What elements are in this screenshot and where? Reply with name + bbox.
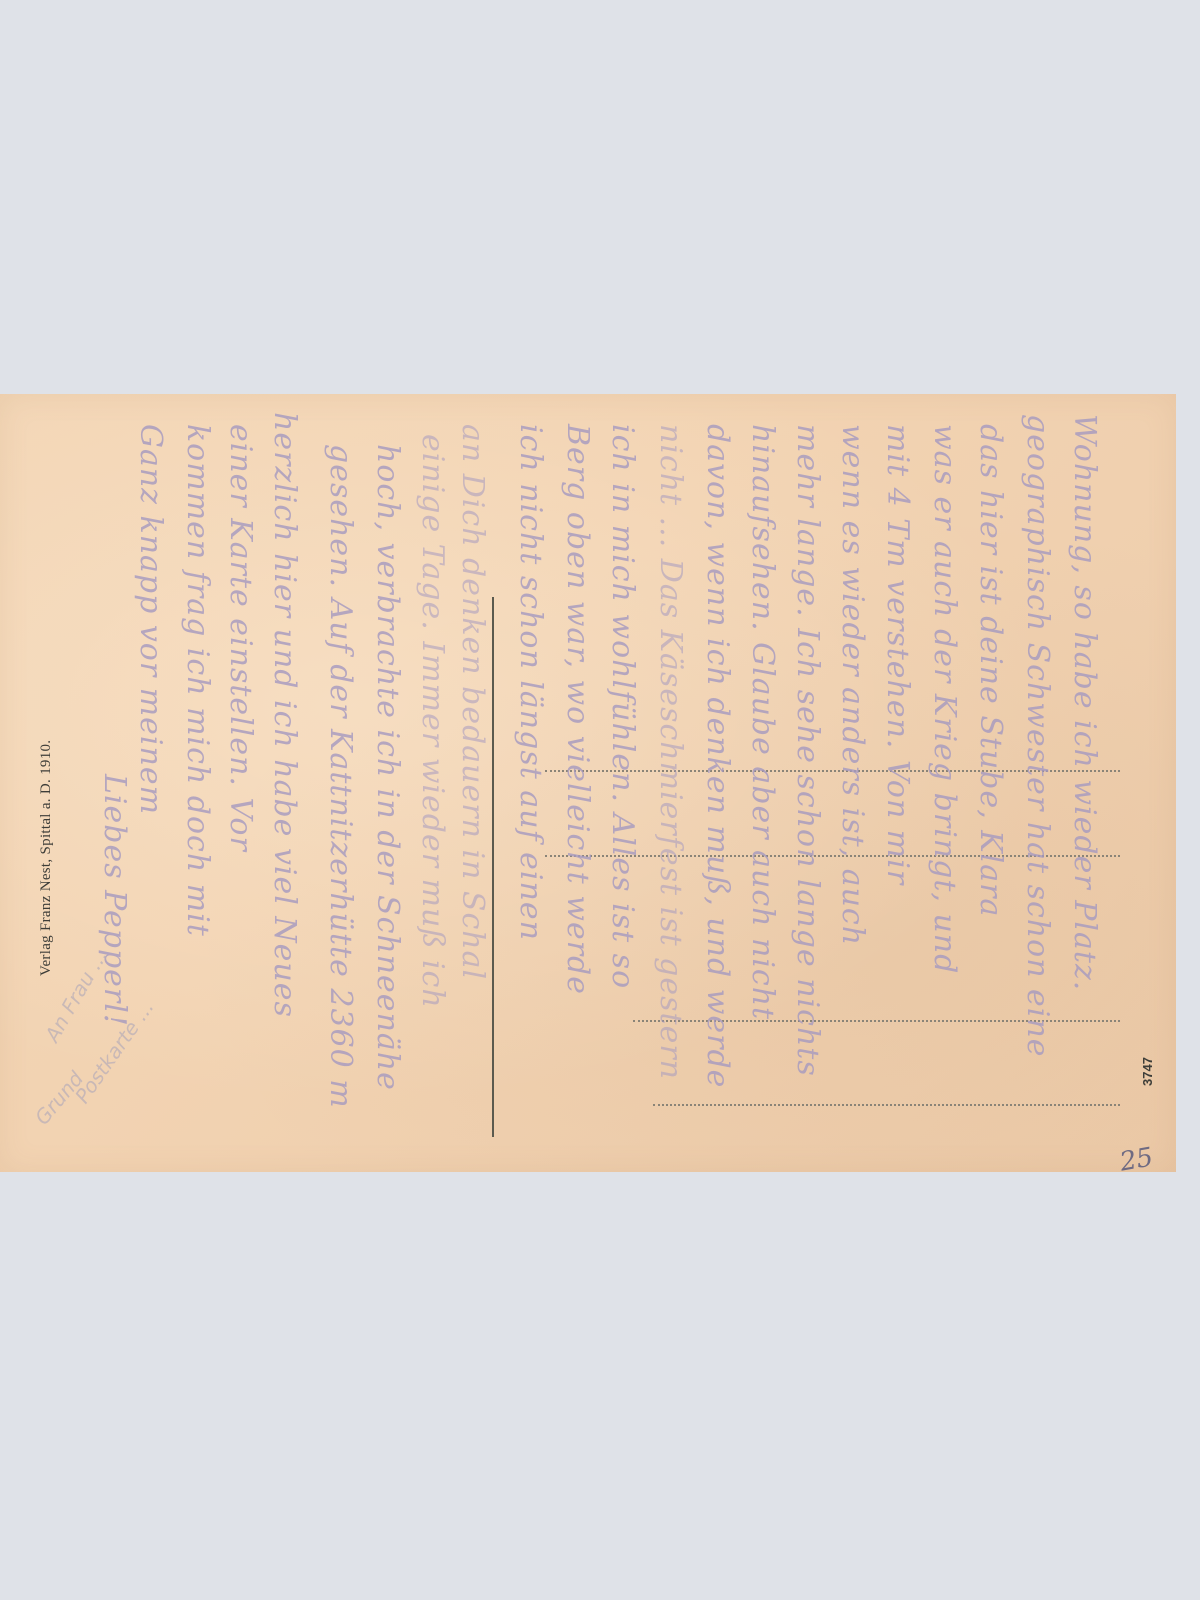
handwriting-line: geographisch Schwester hat schon eine <box>1020 414 1055 1057</box>
handwriting-line: Wohnung, so habe ich wieder Platz. <box>1067 414 1102 991</box>
handwriting-line: kommen frag ich mich doch mit <box>180 424 215 937</box>
handwriting-line: ich in mich wohlfühlen. Alles ist so <box>605 424 640 989</box>
handwriting-line: hinaufsehen. Glaube aber auch nicht <box>745 424 780 1020</box>
handwriting-line: Liebes Pepperl! <box>97 774 132 1027</box>
handwriting-line: wenn es wieder anders ist, auch <box>835 424 870 946</box>
handwriting-line: herzlich hier und ich habe viel Neues <box>267 412 302 1018</box>
handwriting-line: Ganz knapp vor meinem <box>133 424 168 815</box>
handwriting-line: hoch, verbrachte ich in der Schneenähe <box>370 444 405 1091</box>
handwriting-line: nicht ... Das Käseschmierfest ist gester… <box>653 424 688 1080</box>
handwriting-line: das hier ist deine Stube, Klara <box>973 424 1008 917</box>
handwriting-line: davon, wenn ich denken muß, und werde <box>700 424 735 1088</box>
handwriting-line: mit 4 Tm verstehen. Von mir <box>880 424 915 885</box>
handwriting-line: mehr lange. Ich sehe schon lange nichts <box>790 424 825 1077</box>
postcard-back: Verlag Franz Nest, Spittal a. D. 1910. 3… <box>0 394 1176 1172</box>
pencil-price-mark: 25 <box>1118 1142 1156 1177</box>
card-number: 3747 <box>1140 1057 1155 1086</box>
publisher-imprint: Verlag Franz Nest, Spittal a. D. 1910. <box>38 740 55 976</box>
message-address-divider <box>492 597 494 1137</box>
handwriting-line: was er auch der Krieg bringt, und <box>927 424 962 974</box>
handwriting-line: gesehen. Auf der Kattnitzerhütte 2360 m <box>323 444 358 1109</box>
handwriting-line: ich nicht schon längst auf einen <box>513 424 548 941</box>
handwriting-line: einige Tage. Immer wieder muß ich <box>415 434 450 1009</box>
handwriting-line: Berg oben war, wo vielleicht werde <box>560 424 595 995</box>
address-line-4 <box>653 1104 1120 1106</box>
handwriting-line: an Dich denken bedauern in Schal <box>455 424 490 980</box>
handwriting-line: einer Karte einstellen. Vor <box>223 424 258 852</box>
